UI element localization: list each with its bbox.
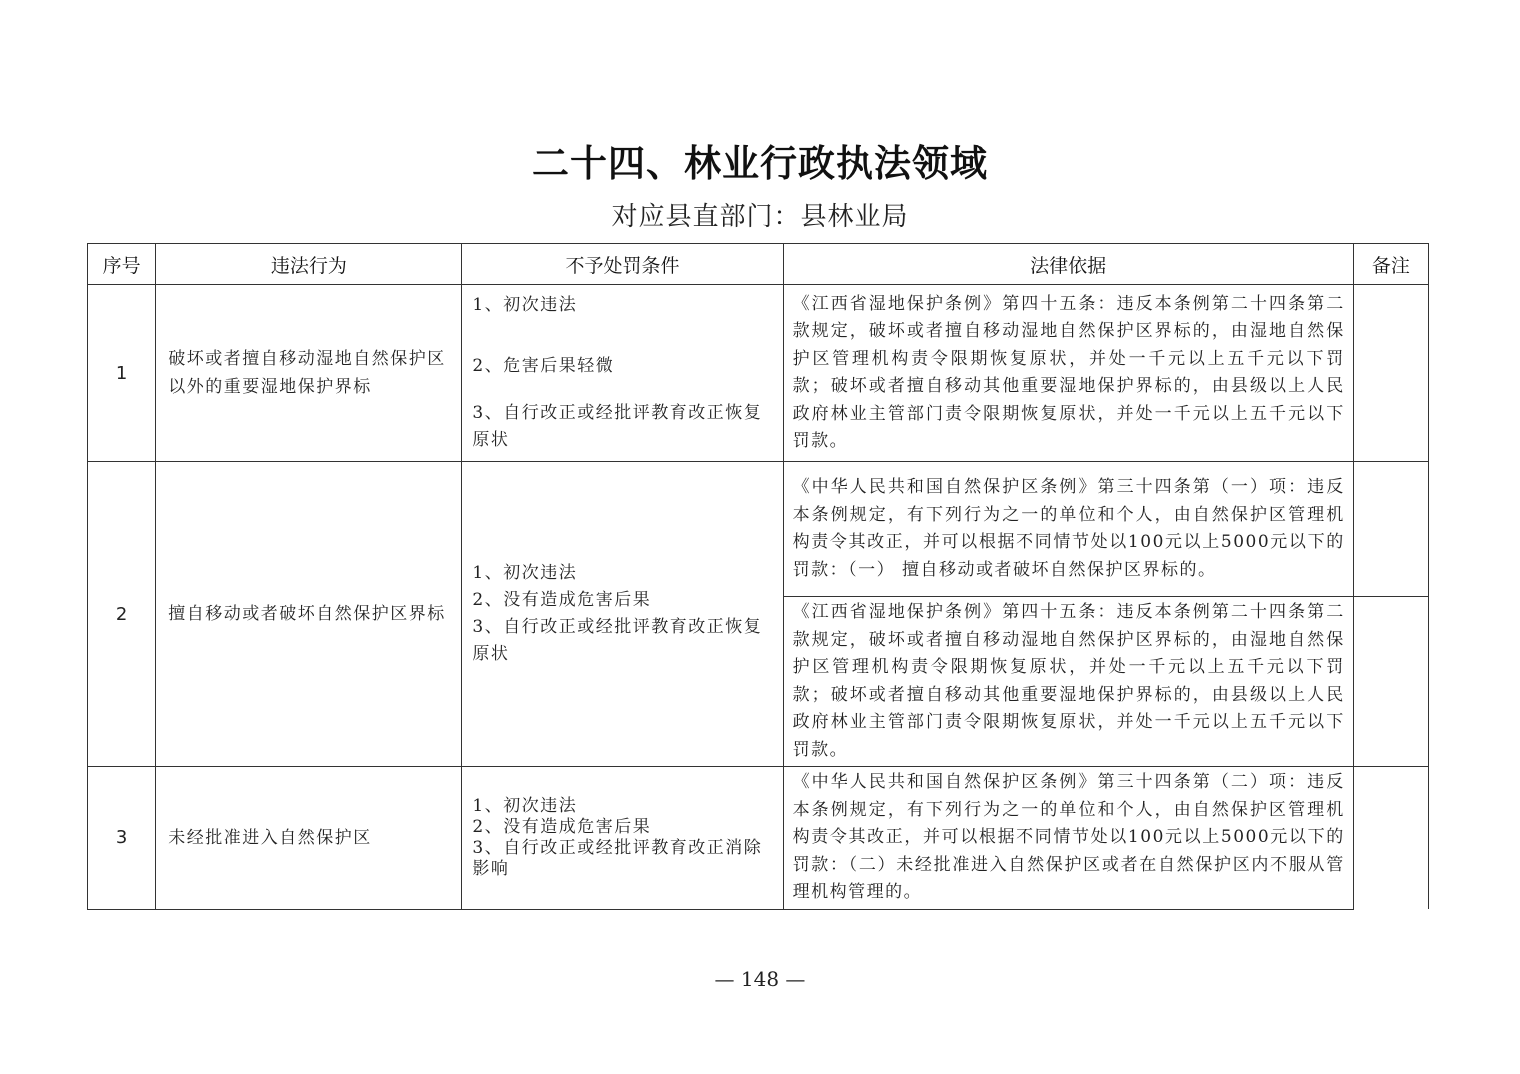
condition-item: 1、初次违法: [472, 560, 774, 587]
page-title: 二十四、林业行政执法领域: [0, 133, 1520, 187]
department-subtitle: 对应县直部门：县林业局: [0, 196, 1520, 233]
condition-item: 2、没有造成危害后果: [472, 587, 774, 614]
header-violation: 违法行为: [156, 244, 462, 285]
row-seq: 3: [88, 767, 156, 910]
condition-item: 3、自行改正或经批评教育改正消除影响: [472, 838, 774, 880]
condition-item: 3、自行改正或经批评教育改正恢复原状: [472, 614, 774, 668]
page-number: — 148 —: [0, 967, 1520, 991]
row-conditions: 1、初次违法 2、没有造成危害后果 3、自行改正或经批评教育改正消除影响: [462, 767, 783, 910]
header-seq: 序号: [88, 244, 156, 285]
header-legal-basis: 法律依据: [783, 244, 1353, 285]
condition-item: 1、初次违法: [472, 796, 774, 817]
row-violation: 破坏或者擅自移动湿地自然保护区以外的重要湿地保护界标: [156, 285, 462, 462]
table-header-row: 序号 违法行为 不予处罚条件 法律依据 备注: [88, 244, 1429, 285]
table-row: 2 擅自移动或者破坏自然保护区界标 1、初次违法 2、没有造成危害后果 3、自行…: [88, 462, 1429, 597]
header-conditions: 不予处罚条件: [462, 244, 783, 285]
row-conditions: 1、初次违法 2、危害后果轻微 3、自行改正或经批评教育改正恢复原状: [462, 285, 783, 462]
header-remarks: 备注: [1353, 244, 1428, 285]
row-remarks: [1353, 285, 1428, 462]
row-legal-basis: 《江西省湿地保护条例》第四十五条：违反本条例第二十四条第二款规定，破坏或者擅自移…: [783, 597, 1353, 767]
table-row: 3 未经批准进入自然保护区 1、初次违法 2、没有造成危害后果 3、自行改正或经…: [88, 767, 1429, 910]
penalty-exemption-table: 序号 违法行为 不予处罚条件 法律依据 备注 1 破坏或者擅自移动湿地自然保护区…: [87, 243, 1429, 910]
row-violation: 未经批准进入自然保护区: [156, 767, 462, 910]
condition-item: 2、危害后果轻微: [472, 353, 774, 380]
row-legal-basis: 《中华人民共和国自然保护区条例》第三十四条第（二）项：违反本条例规定，有下列行为…: [783, 767, 1353, 910]
row-remarks: [1353, 462, 1428, 597]
condition-item: 3、自行改正或经批评教育改正恢复原状: [472, 400, 774, 454]
row-seq: 2: [88, 462, 156, 767]
row-seq: 1: [88, 285, 156, 462]
row-violation: 擅自移动或者破坏自然保护区界标: [156, 462, 462, 767]
row-legal-basis: 《中华人民共和国自然保护区条例》第三十四条第（一）项：违反本条例规定，有下列行为…: [783, 462, 1353, 597]
row-remarks: [1353, 597, 1428, 767]
row-legal-basis: 《江西省湿地保护条例》第四十五条：违反本条例第二十四条第二款规定，破坏或者擅自移…: [783, 285, 1353, 462]
row-conditions: 1、初次违法 2、没有造成危害后果 3、自行改正或经批评教育改正恢复原状: [462, 462, 783, 767]
row-remarks: [1353, 767, 1428, 910]
table-row: 1 破坏或者擅自移动湿地自然保护区以外的重要湿地保护界标 1、初次违法 2、危害…: [88, 285, 1429, 462]
condition-item: 2、没有造成危害后果: [472, 817, 774, 838]
condition-item: 1、初次违法: [472, 292, 774, 319]
